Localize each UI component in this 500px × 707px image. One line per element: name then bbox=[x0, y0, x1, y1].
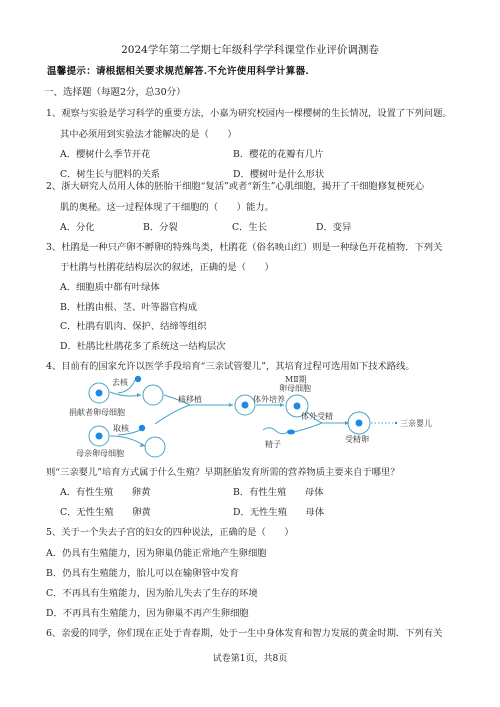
label-zygote: 受精卵 bbox=[345, 434, 369, 444]
question-3-option-d: D．杜鹃比杜鹃花多了系统这一结构层次 bbox=[60, 338, 226, 352]
question-4-stem-line2: 则“三亲婴儿”培育方式属于什么生殖？早期胚胎发育所需的营养物质主要来自于哪里？ bbox=[46, 464, 400, 478]
question-4-option-a: A．有性生殖 卵黄 bbox=[60, 484, 150, 498]
label-mii-line1: MⅡ期 bbox=[285, 374, 307, 384]
label-nuclear-transfer: 核移植 bbox=[178, 394, 202, 404]
question-4-option-d: D．无性生殖 母体 bbox=[233, 504, 324, 518]
label-remove-nucleus: 去核 bbox=[112, 377, 129, 387]
page-title: 2024学年第二学期七年级科学学科课堂作业评价调测卷 bbox=[0, 42, 500, 57]
page-footer: 试卷第1页，共8页 bbox=[0, 651, 500, 664]
label-ivf: 体外受精 bbox=[301, 411, 333, 421]
question-2-option-c: C．生长 bbox=[232, 219, 267, 233]
question-5-option-b: B．仍具有生殖能力，胎儿可以在输卵管中发育 bbox=[46, 565, 239, 579]
question-3-option-a: A．细胞质中都有叶绿体 bbox=[60, 279, 160, 293]
question-4-stem-line1: 4、目前有的国家允许以医学手段培育“三亲试管婴儿”，其培育过程可选用如下技术路线… bbox=[46, 358, 415, 372]
question-1-stem-line2: 其中必须用到实验法才能解决的是（ ） bbox=[60, 126, 237, 140]
question-1-option-b: B．樱花的花瓣有几片 bbox=[233, 146, 324, 160]
section-heading: 一、选择题（每题2分，总30分） bbox=[44, 84, 186, 98]
question-3-option-b: B．杜鹃由根、茎、叶等器官构成 bbox=[60, 299, 197, 313]
label-take-nucleus: 取核 bbox=[113, 423, 130, 433]
question-5-option-c: C．不再具有生殖能力，因为胎儿失去了生存的环境 bbox=[46, 585, 258, 599]
question-4-option-b: B．有性生殖 母体 bbox=[233, 484, 324, 498]
question-2-option-a: A．分化 bbox=[60, 219, 95, 233]
question-4-option-c: C．无性生殖 卵黄 bbox=[60, 504, 151, 518]
exam-tip: 温馨提示：请根据相关要求规范解答.不允许使用科学计算器. bbox=[47, 63, 309, 77]
question-3-option-c: C．杜鹃有肌肉、保护、结缔等组织 bbox=[60, 318, 207, 332]
label-donor-egg: 捐献者卵母细胞 bbox=[69, 407, 125, 417]
label-mother-egg: 母亲卵母细胞 bbox=[76, 448, 124, 458]
question-5-stem: 5、关于一个失去子宫的妇女的四种说法，正确的是（ ） bbox=[46, 524, 294, 538]
label-in-vitro-culture: 体外培养 bbox=[253, 394, 285, 404]
question-5-option-d: D．不再具有生殖能力，因为卵巢不再产生卵细胞 bbox=[46, 605, 249, 619]
question-6-stem: 6、亲爱的同学，你们现在正处于青春期，处于一生中身体发育和智力发展的黄金时期．下… bbox=[46, 625, 442, 639]
question-2-stem-line2: 肌的奥秘。这一过程体现了干细胞的（ ）能力。 bbox=[60, 199, 274, 213]
question-2-option-d: D．变异 bbox=[316, 219, 351, 233]
question-3-stem-line1: 3、杜鹃是一种只产卵不孵卵的特殊鸟类，杜鹃花（俗名映山红）则是一种绿色开花植物．… bbox=[46, 239, 442, 253]
question-3-stem-line2: 于杜鹃与杜鹃花结构层次的叙述，正确的是（ ） bbox=[60, 259, 274, 273]
question-1-option-a: A．樱树什么季节开花 bbox=[60, 146, 150, 160]
label-three-parent-baby: 三亲婴儿 bbox=[400, 418, 432, 428]
question-2-option-b: B．分裂 bbox=[143, 219, 178, 233]
question-1-stem-line1: 1、观察与实验是学习科学的重要方法，小嘉为研究校园内一棵樱树的生长情况，设置了下… bbox=[46, 105, 452, 119]
label-sperm: 精子 bbox=[265, 439, 281, 449]
ivf-diagram: 去核 捐献者卵母细胞 取核 母亲卵母细胞 核移植 体外培养 MⅡ期 卵母细胞 体… bbox=[60, 372, 440, 462]
label-mii-line2: 卵母细胞 bbox=[279, 383, 311, 393]
question-5-option-a: A．仍具有生殖能力，因为卵巢仍能正常地产生卵细胞 bbox=[46, 545, 267, 559]
question-2-stem-line1: 2、浙大研究人员用人体的胚胎干细胞“复活”或者“新生”心肌细胞，揭开了干细胞修复… bbox=[46, 178, 424, 192]
